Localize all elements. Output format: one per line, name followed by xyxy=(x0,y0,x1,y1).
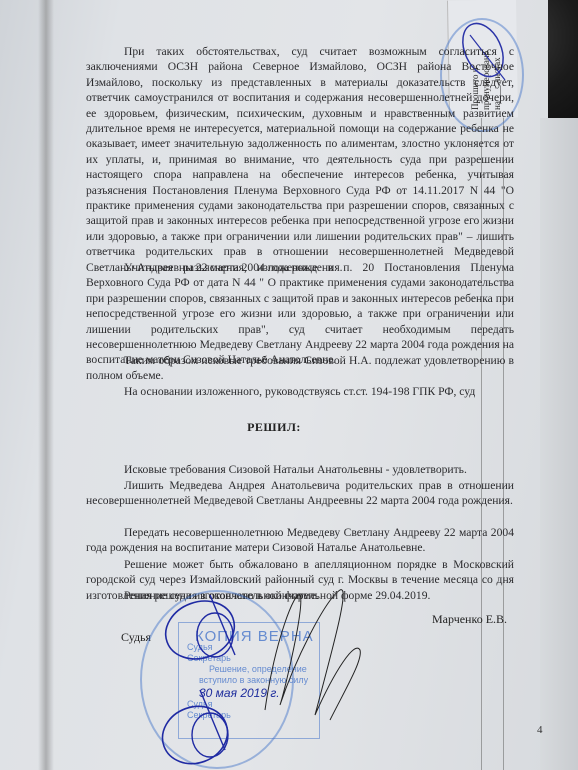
paragraph-2: Учитывая разъяснения, изложенные в п. 20… xyxy=(86,260,514,368)
signature-secretary-icon xyxy=(255,580,375,730)
paragraph-4: На основании изложенного, руководствуясь… xyxy=(86,384,514,399)
decision-heading: РЕШИЛ: xyxy=(0,420,548,435)
decision-item-3: Передать несовершеннолетнюю Медведеву Св… xyxy=(86,525,514,556)
decision-item-2: Лишить Медведева Андрея Анатольевича род… xyxy=(86,478,514,509)
paragraph-3: Таким образом исковые требования Сизовой… xyxy=(86,353,514,384)
page-fold-shadow xyxy=(38,0,54,770)
page-number: 4 xyxy=(537,724,543,736)
judge-name: Марченко Е.В. xyxy=(432,612,507,627)
paragraph-1: При таких обстоятельствах, суд считает в… xyxy=(86,44,514,275)
document-page-edge xyxy=(540,118,578,770)
decision-item-1: Исковые требования Сизовой Натальи Анато… xyxy=(86,462,514,477)
